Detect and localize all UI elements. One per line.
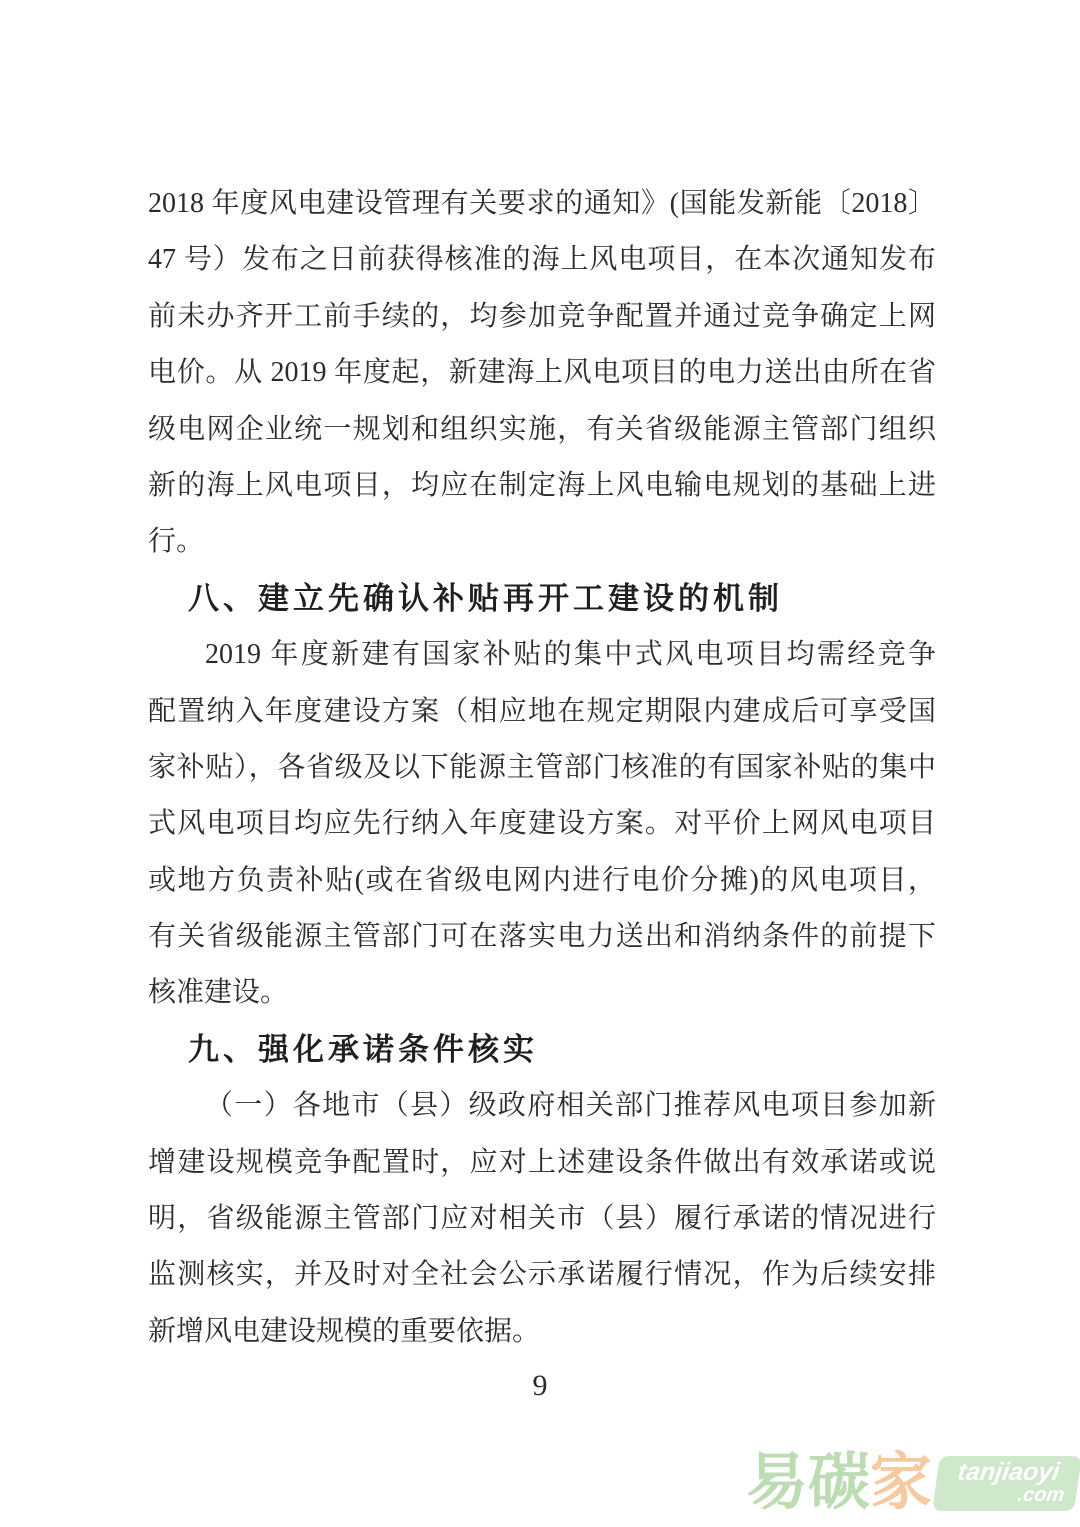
watermark-domain-badge: tanjiaoyi .com: [932, 1456, 1080, 1511]
watermark-logo: 易碳 家 tanjiaoyi .com: [746, 1447, 1078, 1519]
body-text-line: 行。: [148, 514, 936, 570]
body-text-line: 新的海上风电项目，均应在制定海上风电输电规划的基础上进: [148, 458, 936, 514]
document-page: 2018 年度风电建设管理有关要求的通知》(国能发新能〔2018〕 47 号）发…: [0, 0, 1080, 1527]
body-text-line: 核准建设。: [148, 965, 936, 1021]
section-heading-9: 九、强化承诺条件核实: [148, 1022, 936, 1078]
section-heading-8: 八、建立先确认补贴再开工建设的机制: [148, 571, 936, 627]
body-text-line: 电价。从 2019 年度起，新建海上风电项目的电力送出由所在省: [148, 345, 936, 401]
body-text-line: 级电网企业统一规划和组织实施，有关省级能源主管部门组织: [148, 402, 936, 458]
page-number: 9: [0, 1358, 1080, 1414]
watermark-domain-tld: .com: [945, 1485, 1066, 1506]
body-text-line: 家补贴），各省级及以下能源主管部门核准的有国家补贴的集中: [148, 740, 936, 796]
body-text-line: 监测核实，并及时对全社会公示承诺履行情况，作为后续安排: [148, 1247, 936, 1303]
body-text-line: 新增风电建设规模的重要依据。: [148, 1304, 936, 1360]
body-text-line: 配置纳入年度建设方案（相应地在规定期限内建成后可享受国: [148, 684, 936, 740]
body-text-line: （一）各地市（县）级政府相关部门推荐风电项目参加新: [148, 1078, 936, 1134]
body-text-line: 或地方负责补贴(或在省级电网内进行电价分摊)的风电项目，: [148, 853, 936, 909]
watermark-char-orange: 家: [870, 1447, 932, 1519]
body-text-line: 2019 年度新建有国家补贴的集中式风电项目均需经竞争: [148, 627, 936, 683]
watermark-chars-green: 易碳: [746, 1447, 870, 1519]
body-text-line: 式风电项目均应先行纳入年度建设方案。对平价上网风电项目: [148, 796, 936, 852]
body-text-line: 明，省级能源主管部门应对相关市（县）履行承诺的情况进行: [148, 1191, 936, 1247]
watermark-domain-name: tanjiaoyi: [948, 1459, 1070, 1485]
body-text-line: 前未办齐开工前手续的，均参加竞争配置并通过竞争确定上网: [148, 289, 936, 345]
body-text-line: 47 号）发布之日前获得核准的海上风电项目，在本次通知发布: [148, 232, 936, 288]
body-text-line: 2018 年度风电建设管理有关要求的通知》(国能发新能〔2018〕: [148, 176, 936, 232]
body-text-line: 有关省级能源主管部门可在落实电力送出和消纳条件的前提下: [148, 909, 936, 965]
document-text: 2018 年度风电建设管理有关要求的通知》(国能发新能〔2018〕 47 号）发…: [148, 176, 936, 1360]
body-text-line: 增建设规模竞争配置时，应对上述建设条件做出有效承诺或说: [148, 1135, 936, 1191]
